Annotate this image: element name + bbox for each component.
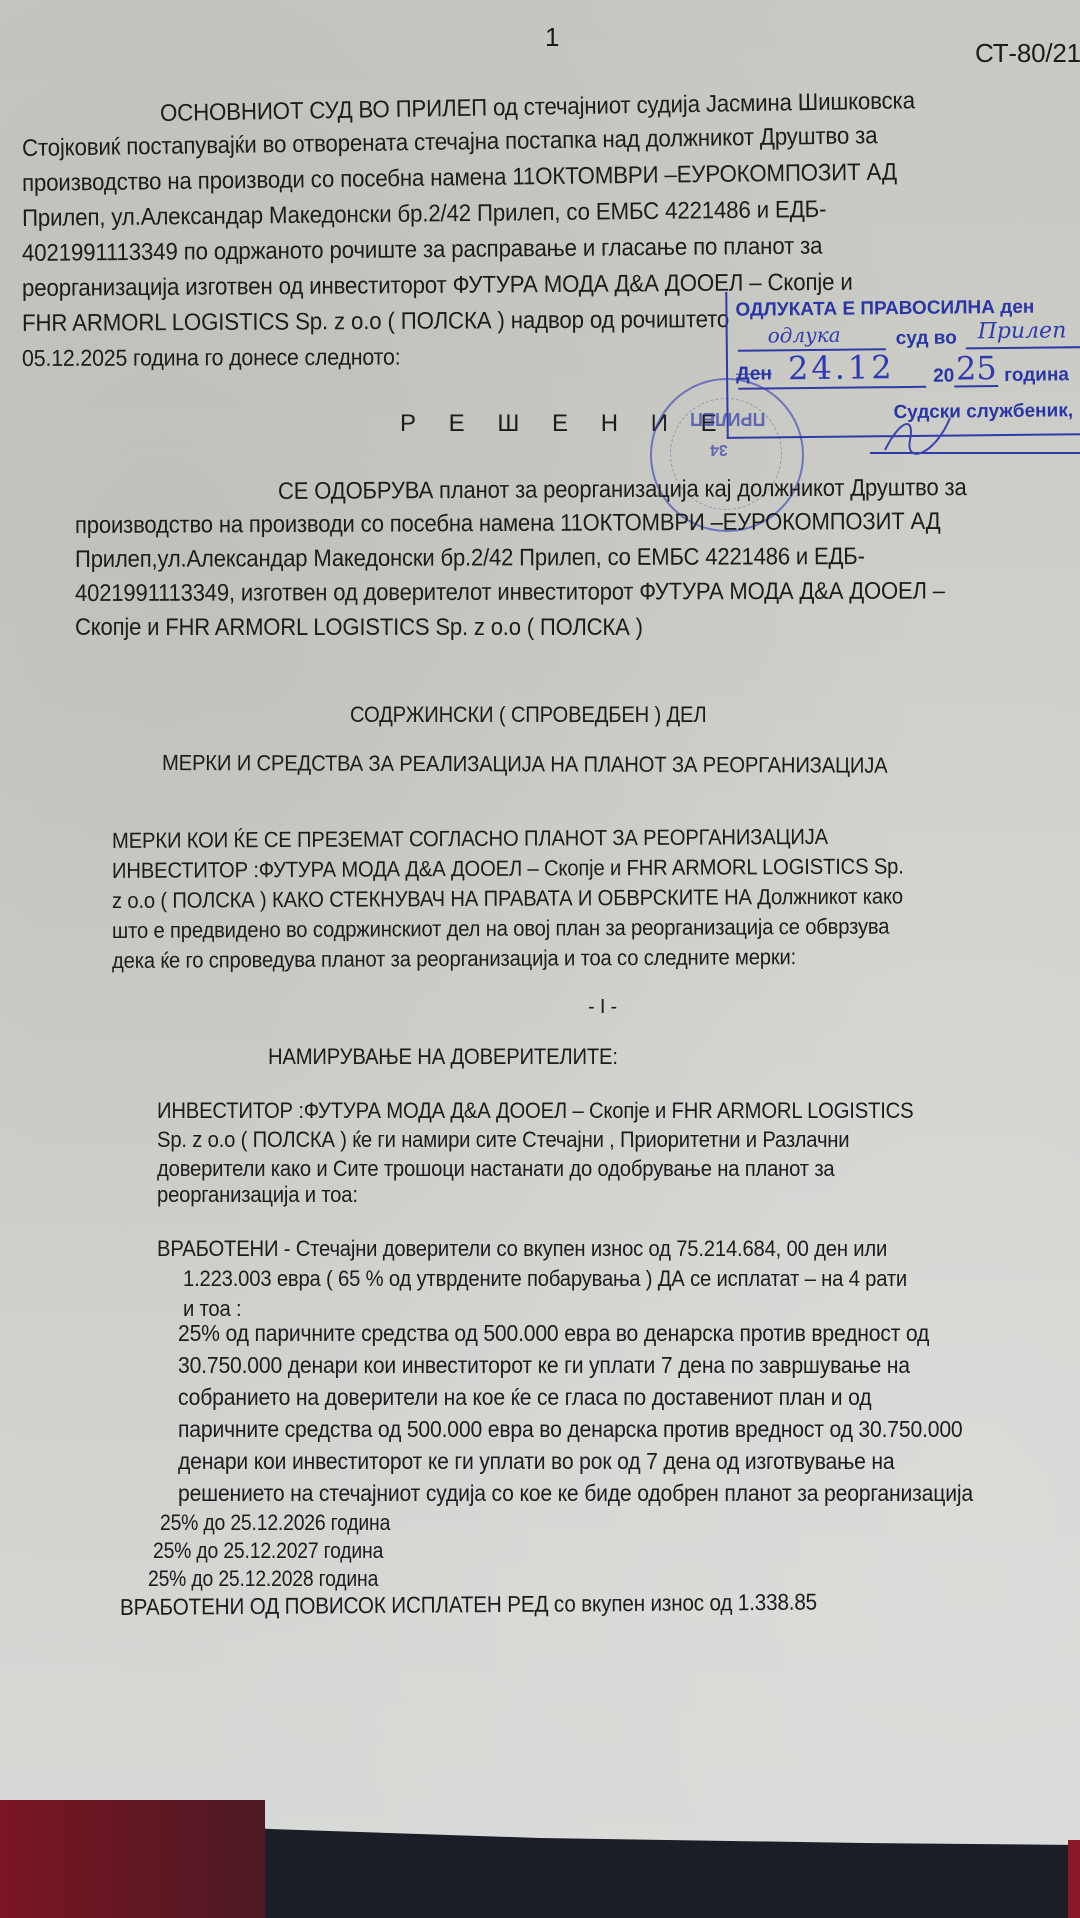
employees-line: 1.223.003 евра ( 65 % од утврдените поба… (183, 1266, 907, 1292)
installment-line: паричните средства од 500.000 евра во де… (178, 1416, 963, 1443)
intro-line: ОСНОВНИОТ СУД ВО ПРИЛЕП од стечајниот су… (160, 87, 915, 128)
creditors-intro-line: реорганизација и тоа: (157, 1182, 358, 1208)
stamp-year-suffix: година (1004, 364, 1069, 387)
stamp-court-label: суд во (896, 327, 957, 350)
section-roman-numeral: - I - (588, 996, 617, 1019)
intro-line: FHR ARMORL LOGISTICS Sp. z o.o ( ПОЛСКА … (22, 306, 729, 338)
creditors-intro-line: ИНВЕСТИТОР :ФУТУРА МОДА Д&А ДООЕЛ – Скоп… (157, 1098, 913, 1124)
installment-line: 30.750.000 денари кои инвеститорот ке ги… (178, 1352, 910, 1379)
stamp-date: 24.12 (788, 348, 895, 387)
stamp-finality-text: ОДЛУКАТА Е ПРАВОСИЛНА ден (735, 297, 1034, 322)
intro-line: производство на производи со посебна нам… (22, 159, 897, 198)
stamp-line (738, 386, 926, 390)
intro-line: Стојковиќ постапувајќи во отворената сте… (22, 122, 878, 163)
intro-line: 4021991113349 по одржаното рочиште за ра… (22, 232, 823, 268)
case-number: СТ-80/21 (975, 38, 1080, 69)
clerk-signature (880, 410, 970, 460)
section-title: СОДРЖИНСКИ ( СПРОВЕДБЕН ) ДЕЛ (350, 702, 706, 728)
intro-line: Прилеп, ул.Александар Македонски бр.2/42… (22, 196, 827, 233)
measures-line: ИНВЕСТИТОР :ФУТУРА МОДА Д&А ДООЕЛ – Скоп… (112, 853, 904, 884)
section-subtitle: МЕРКИ И СРЕДСТВА ЗА РЕАЛИЗАЦИЈА НА ПЛАНО… (162, 750, 888, 779)
installment-line: решението на стечајниот судија со кое ке… (178, 1480, 973, 1507)
decision-line: СЕ ОДОБРУВА планот за реорганизација кај… (278, 474, 967, 506)
measures-line: што е предвидено во содржинскиот дел на … (112, 914, 889, 944)
installment-line: собранието на доверители на кое ќе се гл… (178, 1384, 871, 1411)
decision-line: производство на производи со посебна нам… (75, 508, 941, 540)
installment-date: 25% до 25.12.2026 година (160, 1510, 390, 1536)
installment-date: 25% до 25.12.2027 година (153, 1538, 383, 1564)
decision-line: Скопје и FHR ARMORL LOGISTICS Sp. z o.o … (75, 614, 643, 642)
page-number: 1 (545, 22, 559, 53)
stamp-day-label: Ден (736, 363, 772, 385)
document-page: 1 СТ-80/21 ОСНОВНИОТ СУД ВО ПРИЛЕП од ст… (0, 0, 1080, 1918)
installment-date: 25% до 25.12.2028 година (148, 1566, 378, 1592)
stamp-year: 25 (956, 349, 997, 387)
stamp-handwritten-city: Прилеп (978, 318, 1067, 344)
decision-line: Прилеп,ул.Александар Македонски бр.2/42 … (75, 543, 865, 574)
installment-line: 25% од паричните средства од 500.000 евр… (178, 1320, 929, 1347)
decision-line: 4021991113349, изготвен од доверителот и… (75, 578, 945, 608)
employees-line: и тоа : (183, 1296, 241, 1322)
higher-rank-employees-line: ВРАБОТЕНИ ОД ПОВИСОК ИСПЛАТЕН РЕД со вку… (120, 1589, 817, 1621)
measures-line: дека ќе го спроведува планот за реоргани… (112, 944, 796, 974)
background-fabric (1068, 1840, 1080, 1918)
stamp-year-prefix: 20 (933, 366, 954, 388)
creditors-intro-line: доверители како и Сите трошоци настанати… (157, 1156, 835, 1182)
employees-line: ВРАБОТЕНИ - Стечајни доверители со вкупе… (157, 1236, 887, 1262)
creditors-heading: НАМИРУВАЊЕ НА ДОВЕРИТЕЛИТЕ: (268, 1044, 618, 1070)
stamp-line (954, 385, 998, 387)
installment-line: денари кои инвеститорот ке ги уплати во … (178, 1448, 894, 1475)
intro-line: 05.12.2025 година го донесе следното: (22, 344, 401, 372)
background-fabric (0, 1800, 265, 1918)
creditors-intro-line: Sp. z o.o ( ПОЛСКА ) ќе ги намири сите С… (157, 1127, 849, 1153)
measures-line: МЕРКИ КОИ ЌЕ СЕ ПРЕЗЕМАТ СОГЛАСНО ПЛАНОТ… (112, 824, 828, 854)
stamp-handwritten-decision: одлука (768, 323, 841, 348)
measures-line: z o.o ( ПОЛСКА ) КАКО СТЕКНУВАЧ НА ПРАВА… (112, 883, 903, 914)
seal-number: 34 (710, 440, 728, 458)
